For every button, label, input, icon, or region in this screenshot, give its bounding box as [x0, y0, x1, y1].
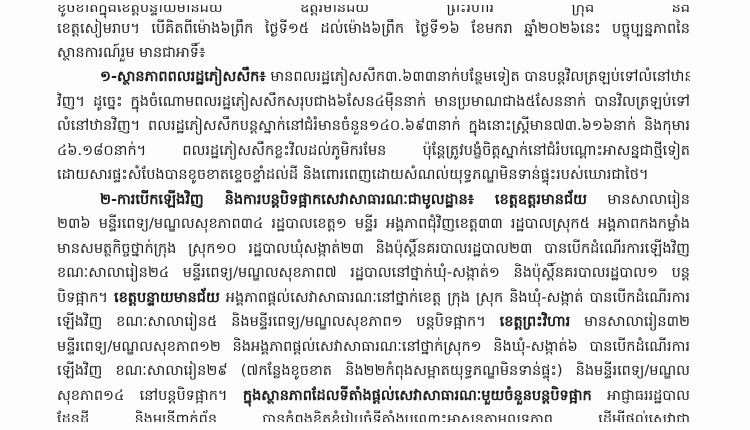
- line-text: ឡើងវិញ ខណៈសាលារៀន៥ និងមន្ទីរពេទ្យ/មណ្ឌលស…: [57, 314, 500, 330]
- line-text: ខេត្តសៀមរាប។ បើគិតពីម៉ោង៦ព្រឹក ថ្ងៃទី១៥ …: [57, 21, 690, 37]
- section-2-heading-line: ២-ការបើកឡើងវិញ និងការបន្តបិទផ្អាកសេវាសាធ…: [100, 188, 690, 212]
- text-line-3: ស្ថានការណ៍រួម មានជាអាទិ៍៖: [57, 41, 690, 65]
- line-text: ខណៈសាលារៀន២៤ មន្ទីរពេទ្យ/មណ្ឌលសុខភាព៧ រដ…: [57, 265, 690, 281]
- line-text: មន្ទីរពេទ្យ/មណ្ឌលសុខភាព១២ និងអង្គភាពផ្តល…: [57, 339, 690, 355]
- text-line-11: មានសមត្ថកិច្ចថ្នាក់ក្រុង ស្រុក១០ រដ្ឋបាល…: [57, 237, 690, 261]
- text-line-8: ដោយសារផ្ទះសំបែងបានខូចខាតខ្ទេចខ្ទាំដល់ដី …: [57, 163, 690, 187]
- line-text: អង្គភាពផ្តល់សេវាសាធារណៈនៅថ្នាក់ខេត្ត ក្រ…: [220, 290, 690, 306]
- text-line-2: ខេត្តសៀមរាប។ បើគិតពីម៉ោង៦ព្រឹក ថ្ងៃទី១៥ …: [57, 17, 690, 41]
- section-1-heading: ១-ស្ថានភាពពលរដ្ឋភៀសសឹក៖: [100, 69, 266, 85]
- line-text: មានសាលារៀន៣២: [570, 314, 690, 330]
- line-text: ដែនដី និងមន្ត្រីពាក់ព័ន្ធ បានកំពុងខិតខំរ…: [57, 412, 690, 428]
- text-line-6: លំនៅឋានវិញ។ ពលរដ្ឋភៀសសឹកបន្តស្នាក់នៅជំរំ…: [57, 114, 690, 138]
- text-line-13: បិទផ្អាក។ ខេត្តបន្ទាយមានជ័យ អង្គភាពផ្តល់…: [57, 286, 690, 310]
- line-text: មានពលរដ្ឋភៀសសឹក៣.៦៣៣នាក់បន្ថែមទៀត បានបន្…: [266, 69, 690, 85]
- text-line-14: ឡើងវិញ ខណៈសាលារៀន៥ និងមន្ទីរពេទ្យ/មណ្ឌលស…: [57, 310, 690, 334]
- line-text: សុខភាព១៤ នៅបន្តបិទផ្អាក។: [57, 388, 243, 404]
- province-name-banteay-meanchey: ខេត្តបន្ទាយមានជ័យ: [114, 290, 220, 306]
- line-text: ៤៦.១៨០នាក់។ ពលរដ្ឋភៀសសឹកខ្លះវិលដល់ភូមិករ…: [57, 143, 690, 159]
- text-line-16: ឡើងវិញ ខណៈសាលារៀន២៩ (៧កន្លែងខូចខាត និង២២…: [57, 359, 690, 383]
- scanned-document-page: ខូចខាតក្នុងខេត្តបន្ទាយមានជ័យ ឧត្តរមានជ័យ…: [0, 0, 750, 430]
- text-line-15: មន្ទីរពេទ្យ/មណ្ឌលសុខភាព១២ និងអង្គភាពផ្តល…: [57, 335, 690, 359]
- text-line-7: ៤៦.១៨០នាក់។ ពលរដ្ឋភៀសសឹកខ្លះវិលដល់ភូមិករ…: [57, 139, 690, 163]
- line-text: មានសមត្ថកិច្ចថ្នាក់ក្រុង ស្រុក១០ រដ្ឋបាល…: [57, 241, 690, 257]
- line-text: វិញ។ ដូច្នេះ ក្នុងចំណោមពលរដ្ឋភៀសសឹកសរុបជ…: [57, 94, 690, 110]
- section-1-heading-line: ១-ស្ថានភាពពលរដ្ឋភៀសសឹក៖ មានពលរដ្ឋភៀសសឹក៣…: [100, 65, 690, 89]
- line-text: លំនៅឋានវិញ។ ពលរដ្ឋភៀសសឹកបន្តស្នាក់នៅជំរំ…: [57, 118, 690, 134]
- line-text: ស្ថានការណ៍រួម មានជាអាទិ៍៖: [57, 45, 205, 61]
- line-text: ដោយសារផ្ទះសំបែងបានខូចខាតខ្ទេចខ្ទាំដល់ដី …: [57, 167, 649, 183]
- line-text: ឡើងវិញ ខណៈសាលារៀន២៩ (៧កន្លែងខូចខាត និង២២…: [57, 363, 690, 379]
- line-text: មានសាលារៀន: [587, 192, 690, 208]
- text-line-10: ២៣៦ មន្ទីរពេទ្យ/មណ្ឌលសុខភាព៣៤ រដ្ឋបាលខេត…: [57, 212, 690, 236]
- text-line-5: វិញ។ ដូច្នេះ ក្នុងចំណោមពលរដ្ឋភៀសសឹកសរុបជ…: [57, 90, 690, 114]
- text-line-12: ខណៈសាលារៀន២៤ មន្ទីរពេទ្យ/មណ្ឌលសុខភាព៧ រដ…: [57, 261, 690, 285]
- line-text: បិទផ្អាក។: [57, 290, 114, 306]
- line-text: ២៣៦ មន្ទីរពេទ្យ/មណ្ឌលសុខភាព៣៤ រដ្ឋបាលខេត…: [57, 216, 690, 232]
- section-2-heading: ២-ការបើកឡើងវិញ និងការបន្តបិទផ្អាកសេវាសាធ…: [100, 192, 587, 208]
- text-line-18: ដែនដី និងមន្ត្រីពាក់ព័ន្ធ បានកំពុងខិតខំរ…: [57, 408, 690, 430]
- line-text: ខូចខាតក្នុងខេត្តបន្ទាយមានជ័យ ឧត្តរមានជ័យ…: [57, 0, 690, 16]
- text-line-17: សុខភាព១៤ នៅបន្តបិទផ្អាក។ ក្នុងស្ថានភាពដែ…: [57, 384, 690, 408]
- province-name-preah-vihear: ខេត្តព្រះវិហារ: [500, 314, 571, 330]
- line-text: អាជ្ញាធររដ្ឋបាល: [592, 388, 690, 404]
- emphasis-text: ក្នុងស្ថានភាពដែលទីតាំងផ្តល់សេវាសាធារណៈមួ…: [243, 388, 592, 404]
